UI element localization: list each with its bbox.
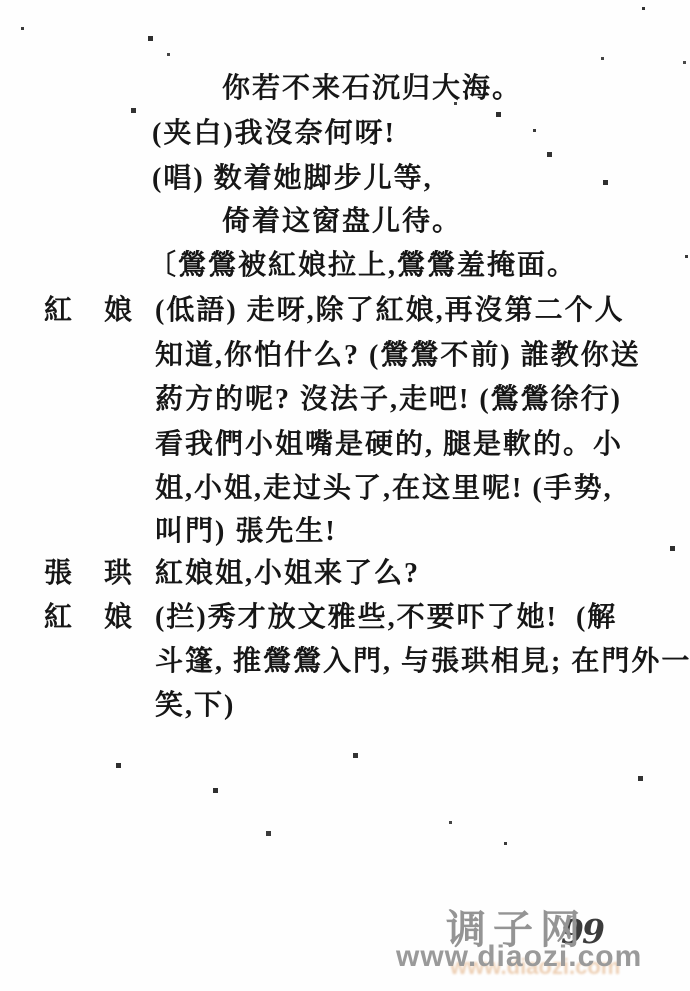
speaker-label: 張 珙 [44,557,134,591]
dialogue-text: 看我們小姐嘴是硬的, 腿是軟的。小 [155,428,623,462]
script-line: 葯方的呢? 沒法子,走吧! (鶯鶯徐行) [0,383,690,419]
dialogue-text: 知道,你怕什么? (鶯鶯不前) 誰教你送 [155,339,641,373]
verse-text: 倚着这窗盘儿待。 [222,205,462,239]
watermark-url: www.diaozi.com [396,940,642,974]
dialogue-text: 葯方的呢? 沒法子,走吧! (鶯鶯徐行) [155,383,622,417]
script-line: 張 珙 紅娘姐,小姐来了么? [0,557,690,593]
script-line: 看我們小姐嘴是硬的, 腿是軟的。小 [0,428,690,464]
script-line: 知道,你怕什么? (鶯鶯不前) 誰教你送 [0,339,690,375]
dialogue-text: (拦)秀才放文雅些,不要吓了她! (解 [155,601,617,635]
verse-text: 你若不来石沉归大海。 [222,72,522,106]
script-line: 姐,小姐,走过头了,在这里呢! (手势, [0,472,690,508]
script-line: 紅 娘 (拦)秀才放文雅些,不要吓了她! (解 [0,601,690,637]
script-line: 倚着这窗盘儿待。 [0,205,690,241]
dialogue-text: 叫門) 張先生! [155,515,337,549]
script-line: 叫門) 張先生! [0,515,690,551]
speaker-label: 紅 娘 [44,601,134,635]
aside-text: (夹白)我沒奈何呀! [152,117,396,151]
scan-noise-speckles [0,0,1,1]
sung-line-text: (唱) 数着她脚步儿等, [152,162,433,196]
script-line: 你若不来石沉归大海。 [0,72,690,108]
scanned-book-page: 你若不来石沉归大海。 (夹白)我沒奈何呀! (唱) 数着她脚步儿等, 倚着这窗盘… [0,0,690,991]
dialogue-text: 姐,小姐,走过头了,在这里呢! (手势, [155,472,613,506]
script-line: 斗篷, 推鶯鶯入門, 与張珙相見; 在門外一 [0,645,690,681]
speaker-label: 紅 娘 [44,294,134,328]
dialogue-text: 笑,下) [155,689,235,723]
script-line: (夹白)我沒奈何呀! [0,117,690,153]
stage-direction-text: 〔鶯鶯被紅娘拉上,鶯鶯羞掩面。 [148,249,577,283]
site-watermark: www.diaozi.com 调子网 www.diaozi.com [430,896,690,991]
dialogue-text: 斗篷, 推鶯鶯入門, 与張珙相見; 在門外一 [155,645,690,679]
dialogue-text: (低語) 走呀,除了紅娘,再沒第二个人 [155,294,625,328]
script-line: 紅 娘 (低語) 走呀,除了紅娘,再沒第二个人 [0,294,690,330]
script-line: (唱) 数着她脚步儿等, [0,162,690,198]
script-line: 笑,下) [0,689,690,725]
dialogue-text: 紅娘姐,小姐来了么? [155,557,420,591]
script-line: 〔鶯鶯被紅娘拉上,鶯鶯羞掩面。 [0,249,690,285]
